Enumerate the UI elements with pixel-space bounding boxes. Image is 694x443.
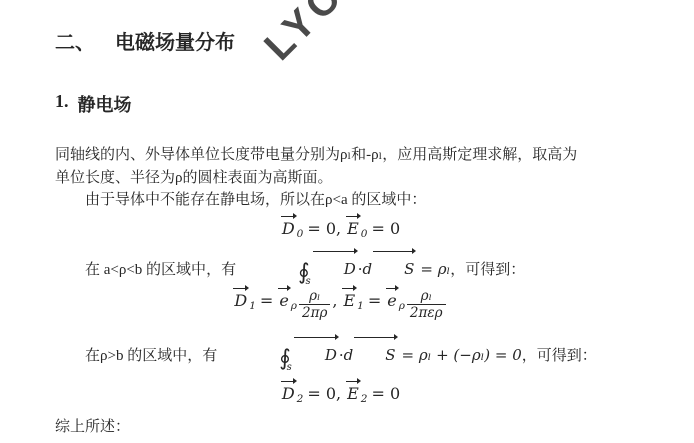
vector-D1: D [232, 288, 249, 310]
equation-text: = ρₗ [420, 260, 450, 278]
vector-e-rho: e [385, 288, 398, 310]
fraction: ρₗ2πρ [299, 288, 330, 321]
text-run: 在 a<ρ<b 的区域中，有 [85, 262, 236, 278]
differential-d: d [363, 260, 373, 278]
vector-D0: D [280, 216, 297, 238]
subscript: ρ [399, 300, 405, 312]
text-run: ，可得到： [522, 348, 597, 364]
vector-D2: D [280, 381, 297, 403]
section-title: 电磁场量分布 [115, 26, 235, 55]
subscript: 2 [297, 393, 304, 405]
denominator: 2περ [407, 304, 446, 321]
paragraph-conclusion: 综上所述： [55, 416, 660, 439]
equals-sign: = [260, 291, 273, 310]
oint-symbol: ∮ [249, 348, 290, 370]
oint-symbol: ∮ [268, 262, 309, 284]
equation-text: = 0 [371, 219, 400, 238]
paragraph-line: 单位长度、半径为ρ的圆柱表面为高斯面。 [55, 167, 660, 190]
subscript: 0 [361, 228, 368, 240]
vector-E2: E [345, 381, 361, 403]
fraction: ρₗ2περ [407, 288, 446, 321]
watermark-text: LYC [238, 0, 370, 87]
denominator: 2πρ [299, 304, 330, 321]
subscript: ρ [291, 300, 297, 312]
section-heading: 二、 电磁场量分布 [55, 26, 235, 55]
paragraph-line: 同轴线的内、外导体单位长度带电量分别为ρₗ和-ρₗ，应用高斯定理求解，取高为 [55, 144, 660, 167]
formula-d2-e2: D2= 0,E2= 0 [20, 381, 660, 405]
paragraph-region-inside-a: 由于导体中不能存在静电场，所以在ρ<a 的区域中： [55, 189, 660, 212]
numerator: ρₗ [407, 288, 446, 304]
vector-S: S [372, 251, 416, 284]
numerator: ρₗ [299, 288, 330, 304]
equation-text: = 0 [371, 384, 400, 403]
oint-subscript: s [306, 276, 311, 287]
paragraph-intro: 同轴线的内、外导体单位长度带电量分别为ρₗ和-ρₗ，应用高斯定理求解，取高为 单… [55, 144, 660, 189]
subscript: 2 [361, 393, 368, 405]
differential-d: d [344, 346, 354, 364]
comma: , [332, 291, 337, 310]
contour-integral: ∮s [219, 341, 292, 383]
text-run: 在ρ>b 的区域中，有 [85, 348, 217, 364]
subscript: 1 [357, 300, 364, 312]
formula-d1-e1: D1=eρρₗ2πρ,E1=eρρₗ2περ [20, 288, 660, 321]
formula-d0-e0: D0= 0,E0= 0 [20, 216, 660, 240]
subscript: 1 [249, 300, 256, 312]
oint-subscript: s [287, 362, 292, 373]
equation-text: = 0, [307, 384, 341, 403]
equation-text: = ρₗ + (−ρₗ) = 0 [402, 346, 522, 364]
vector-E1: E [341, 288, 357, 310]
vector-E0: E [345, 216, 361, 238]
vector-S: S [353, 337, 397, 370]
vector-e-rho: e [277, 288, 290, 310]
text-run: ，可得到： [450, 262, 525, 278]
subsection-number: 1. [55, 91, 69, 117]
vector-D: D [293, 337, 339, 370]
subscript: 0 [297, 228, 304, 240]
equation-text: = 0, [307, 219, 341, 238]
equals-sign: = [368, 291, 381, 310]
vector-D: D [312, 251, 358, 284]
subsection-title: 静电场 [78, 91, 132, 117]
subsection-heading: 1. 静电场 [55, 91, 132, 117]
paragraph-region-outside-b: 在ρ>b 的区域中，有∮sD·dS= ρₗ + (−ρₗ) = 0，可得到： [55, 337, 660, 383]
document-page: LYC 二、 电磁场量分布 1. 静电场 同轴线的内、外导体单位长度带电量分别为… [0, 0, 694, 443]
section-number: 二、 [55, 26, 95, 55]
